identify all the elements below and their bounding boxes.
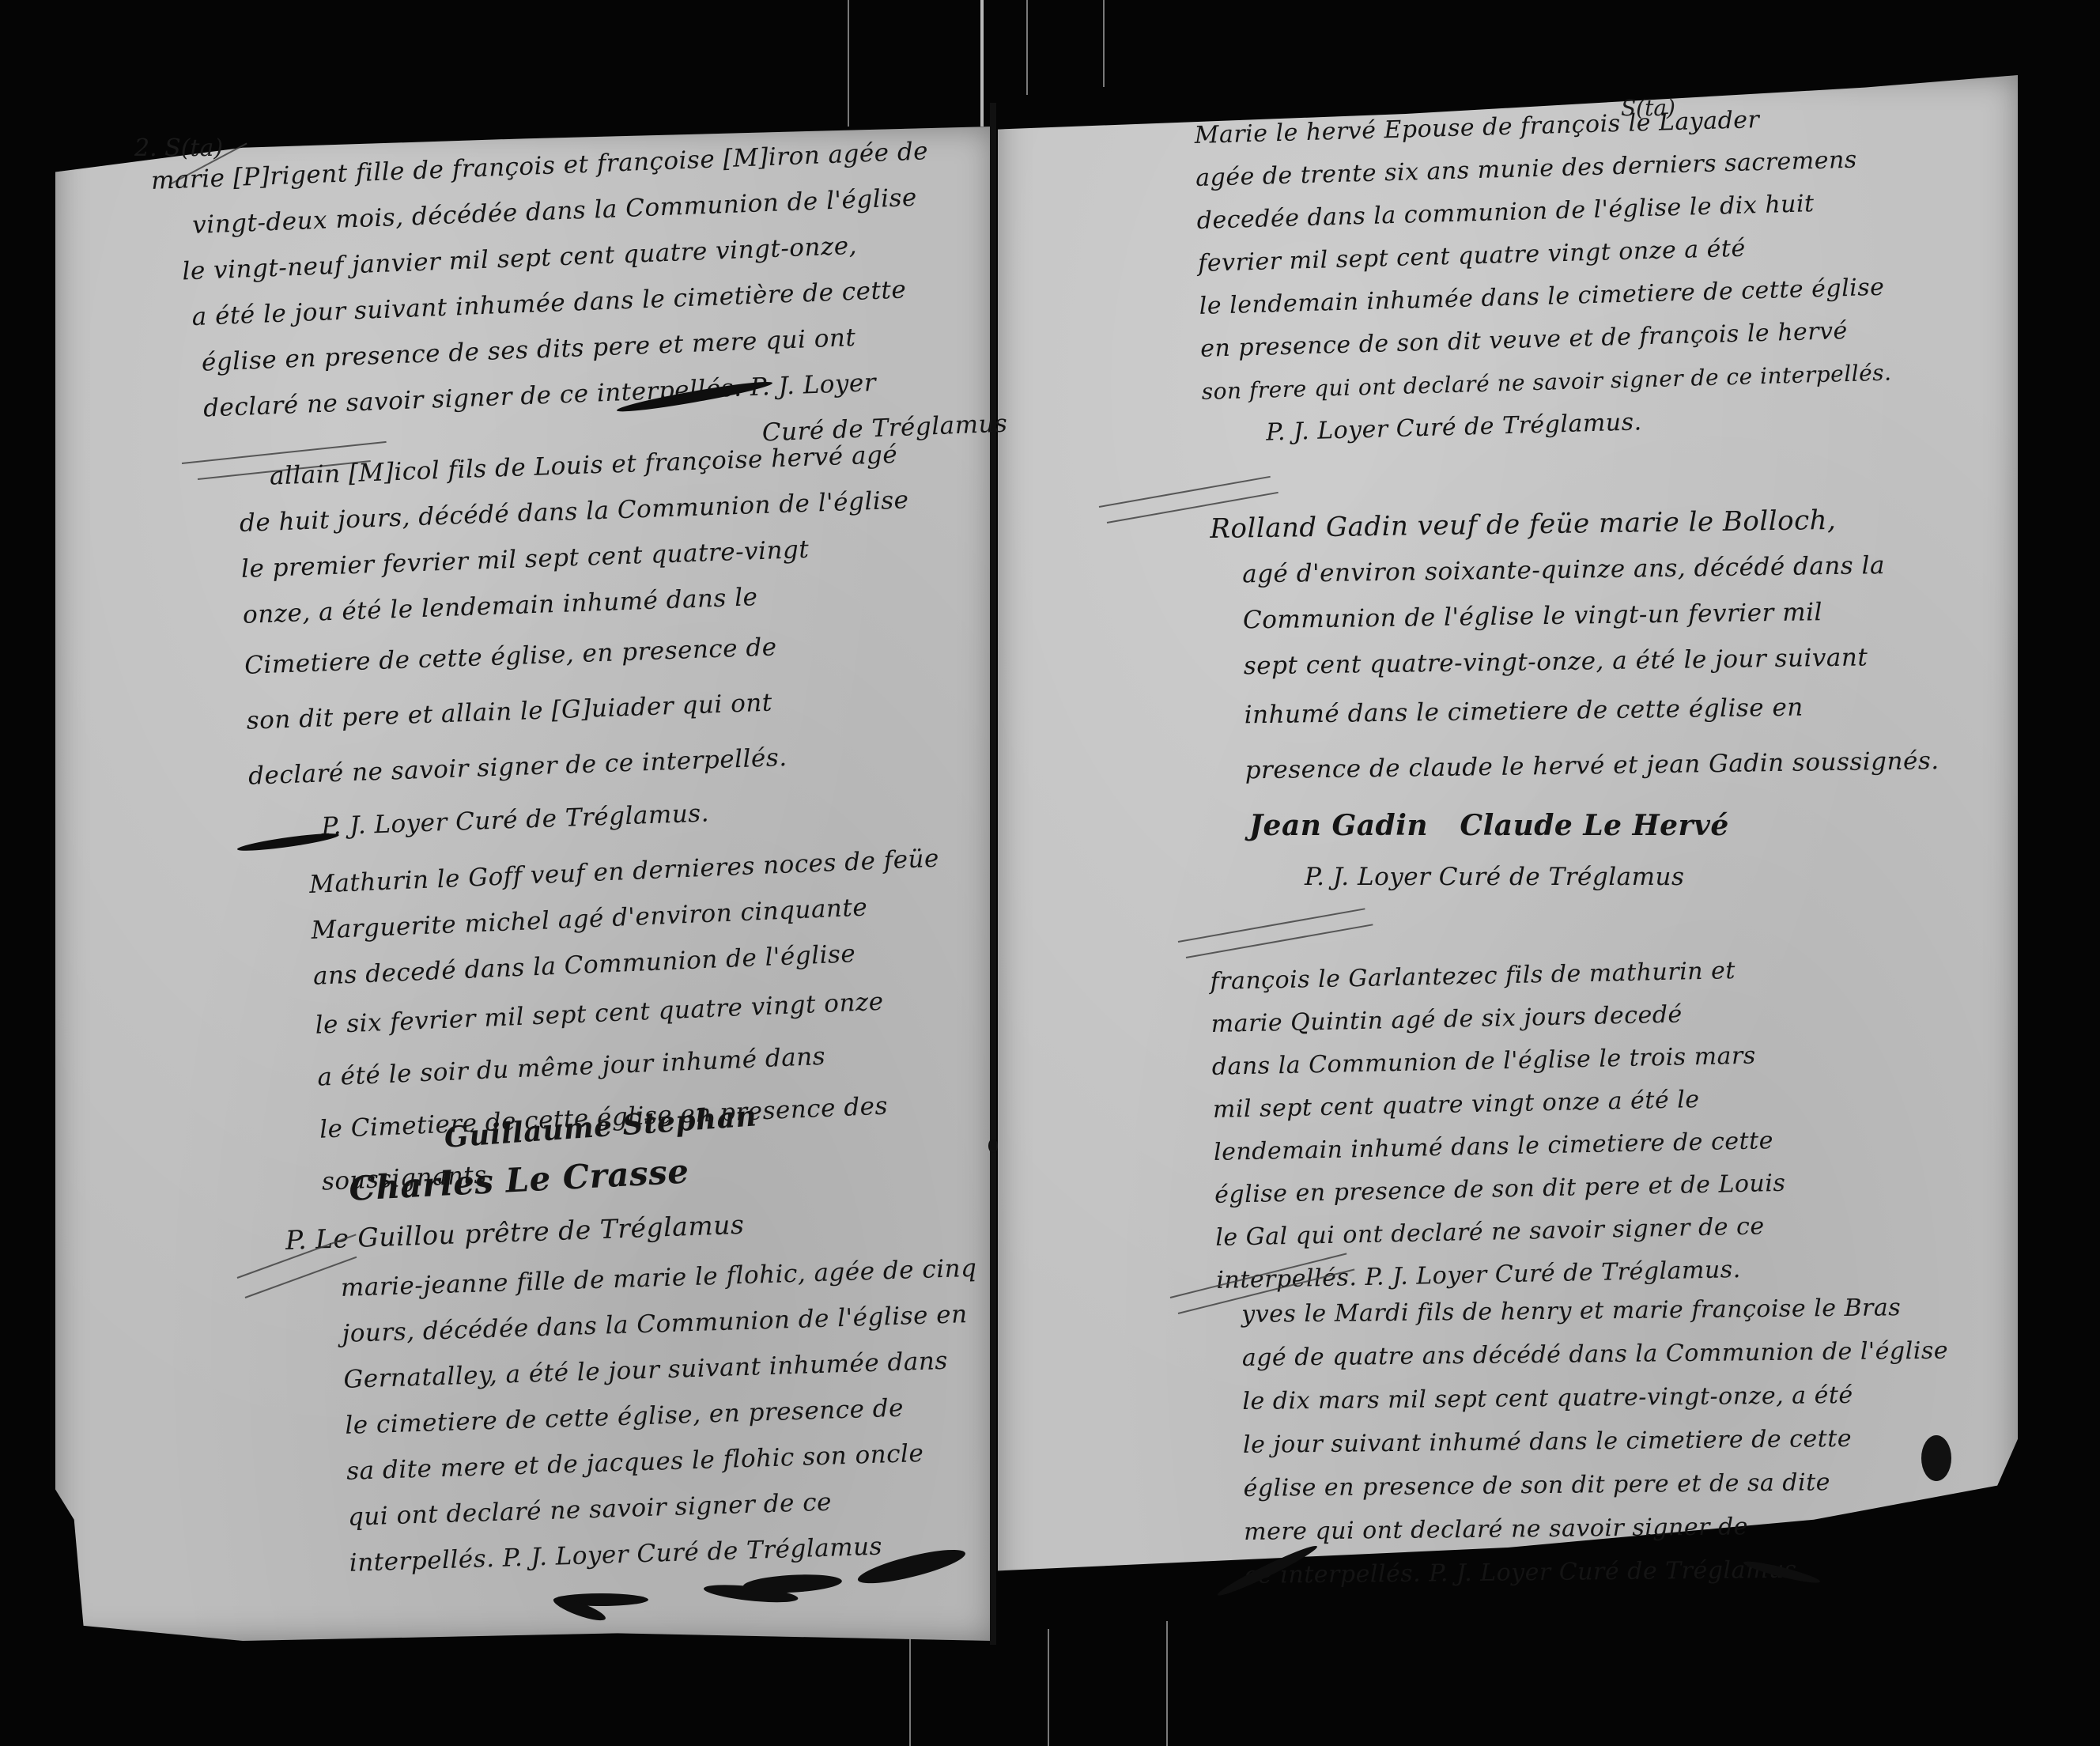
burial-entry: marie-jeanne fille de marie le flohic, a… bbox=[340, 1245, 986, 1586]
burial-entry: Rolland Gadin veuf de feüe marie le Boll… bbox=[1210, 496, 1939, 800]
entry-line: le jour suivant inhumé dans le cimetiere… bbox=[1243, 1416, 1950, 1467]
witness-signatures: Jean Gadin Claude Le Hervé bbox=[1249, 803, 1729, 850]
entry-line: le dix mars mil sept cent quatre-vingt-o… bbox=[1242, 1373, 1949, 1423]
witness-signature: Claude Le Hervé bbox=[1460, 809, 1728, 842]
entry-line: mere qui ont declaré ne savoir signer de bbox=[1244, 1503, 1951, 1554]
entry-line: yves le Mardi fils de henry et marie fra… bbox=[1241, 1286, 1948, 1336]
burial-entry: françois le Garlantezec fils de mathurin… bbox=[1210, 949, 1788, 1302]
gutter-highlight bbox=[980, 0, 984, 127]
entry-line: ce interpellés. P. J. Loyer Curé de Trég… bbox=[1244, 1547, 1951, 1597]
witness-signature: Jean Gadin bbox=[1249, 809, 1428, 842]
scan-streak bbox=[848, 0, 849, 127]
burial-entry: yves le Mardi fils de henry et marie fra… bbox=[1241, 1286, 1951, 1597]
ink-blot bbox=[1921, 1435, 1951, 1481]
scan-streak bbox=[1048, 1629, 1049, 1746]
entry-line: presence de claude le hervé et jean Gadi… bbox=[1213, 731, 1939, 800]
scan-streak bbox=[1103, 0, 1105, 87]
burial-entry: marie [P]rigent fille de françois et fra… bbox=[150, 126, 1008, 479]
entry-line: agé de quatre ans décédé dans la Communi… bbox=[1242, 1329, 1949, 1380]
scan-streak bbox=[1026, 0, 1028, 95]
priest-signature-block: P. J. Loyer Curé de Tréglamus bbox=[1305, 854, 1684, 900]
priest-signature: P. J. Loyer Curé de Tréglamus bbox=[1305, 854, 1684, 900]
scan-streak bbox=[1166, 1621, 1168, 1746]
entry-line: église en presence de son dit pere et de… bbox=[1243, 1460, 1950, 1510]
scan-streak bbox=[909, 1629, 911, 1746]
ink-blot bbox=[988, 1139, 998, 1153]
burial-entry: Marie le hervé Epouse de françois le Lay… bbox=[1194, 96, 1894, 456]
burial-entry: allain [M]icol fils de Louis et françois… bbox=[237, 431, 920, 854]
